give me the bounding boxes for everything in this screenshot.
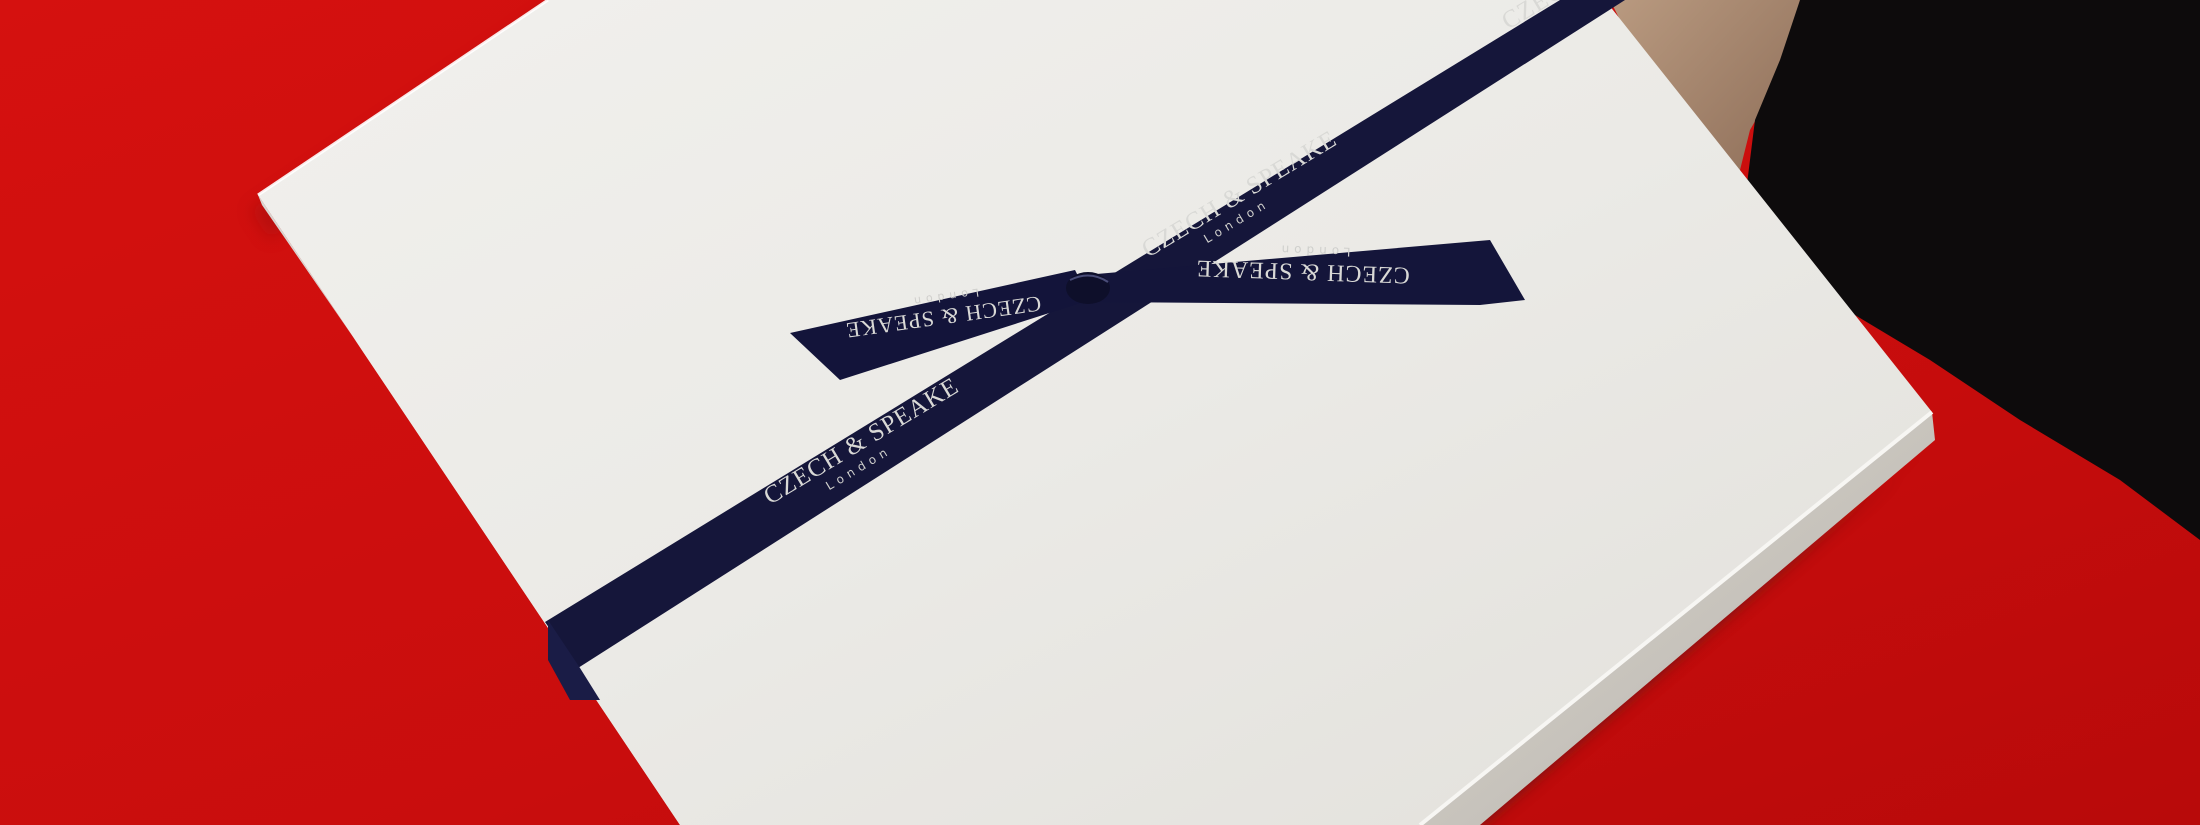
location-text: London [1276,242,1350,259]
photo-canvas: CZECH & SPEAKE London CZECH & SPEAKE Lon… [0,0,2200,825]
ribbon-knot [1066,272,1110,304]
photo-scene: CZECH & SPEAKE London CZECH & SPEAKE Lon… [0,0,2200,825]
